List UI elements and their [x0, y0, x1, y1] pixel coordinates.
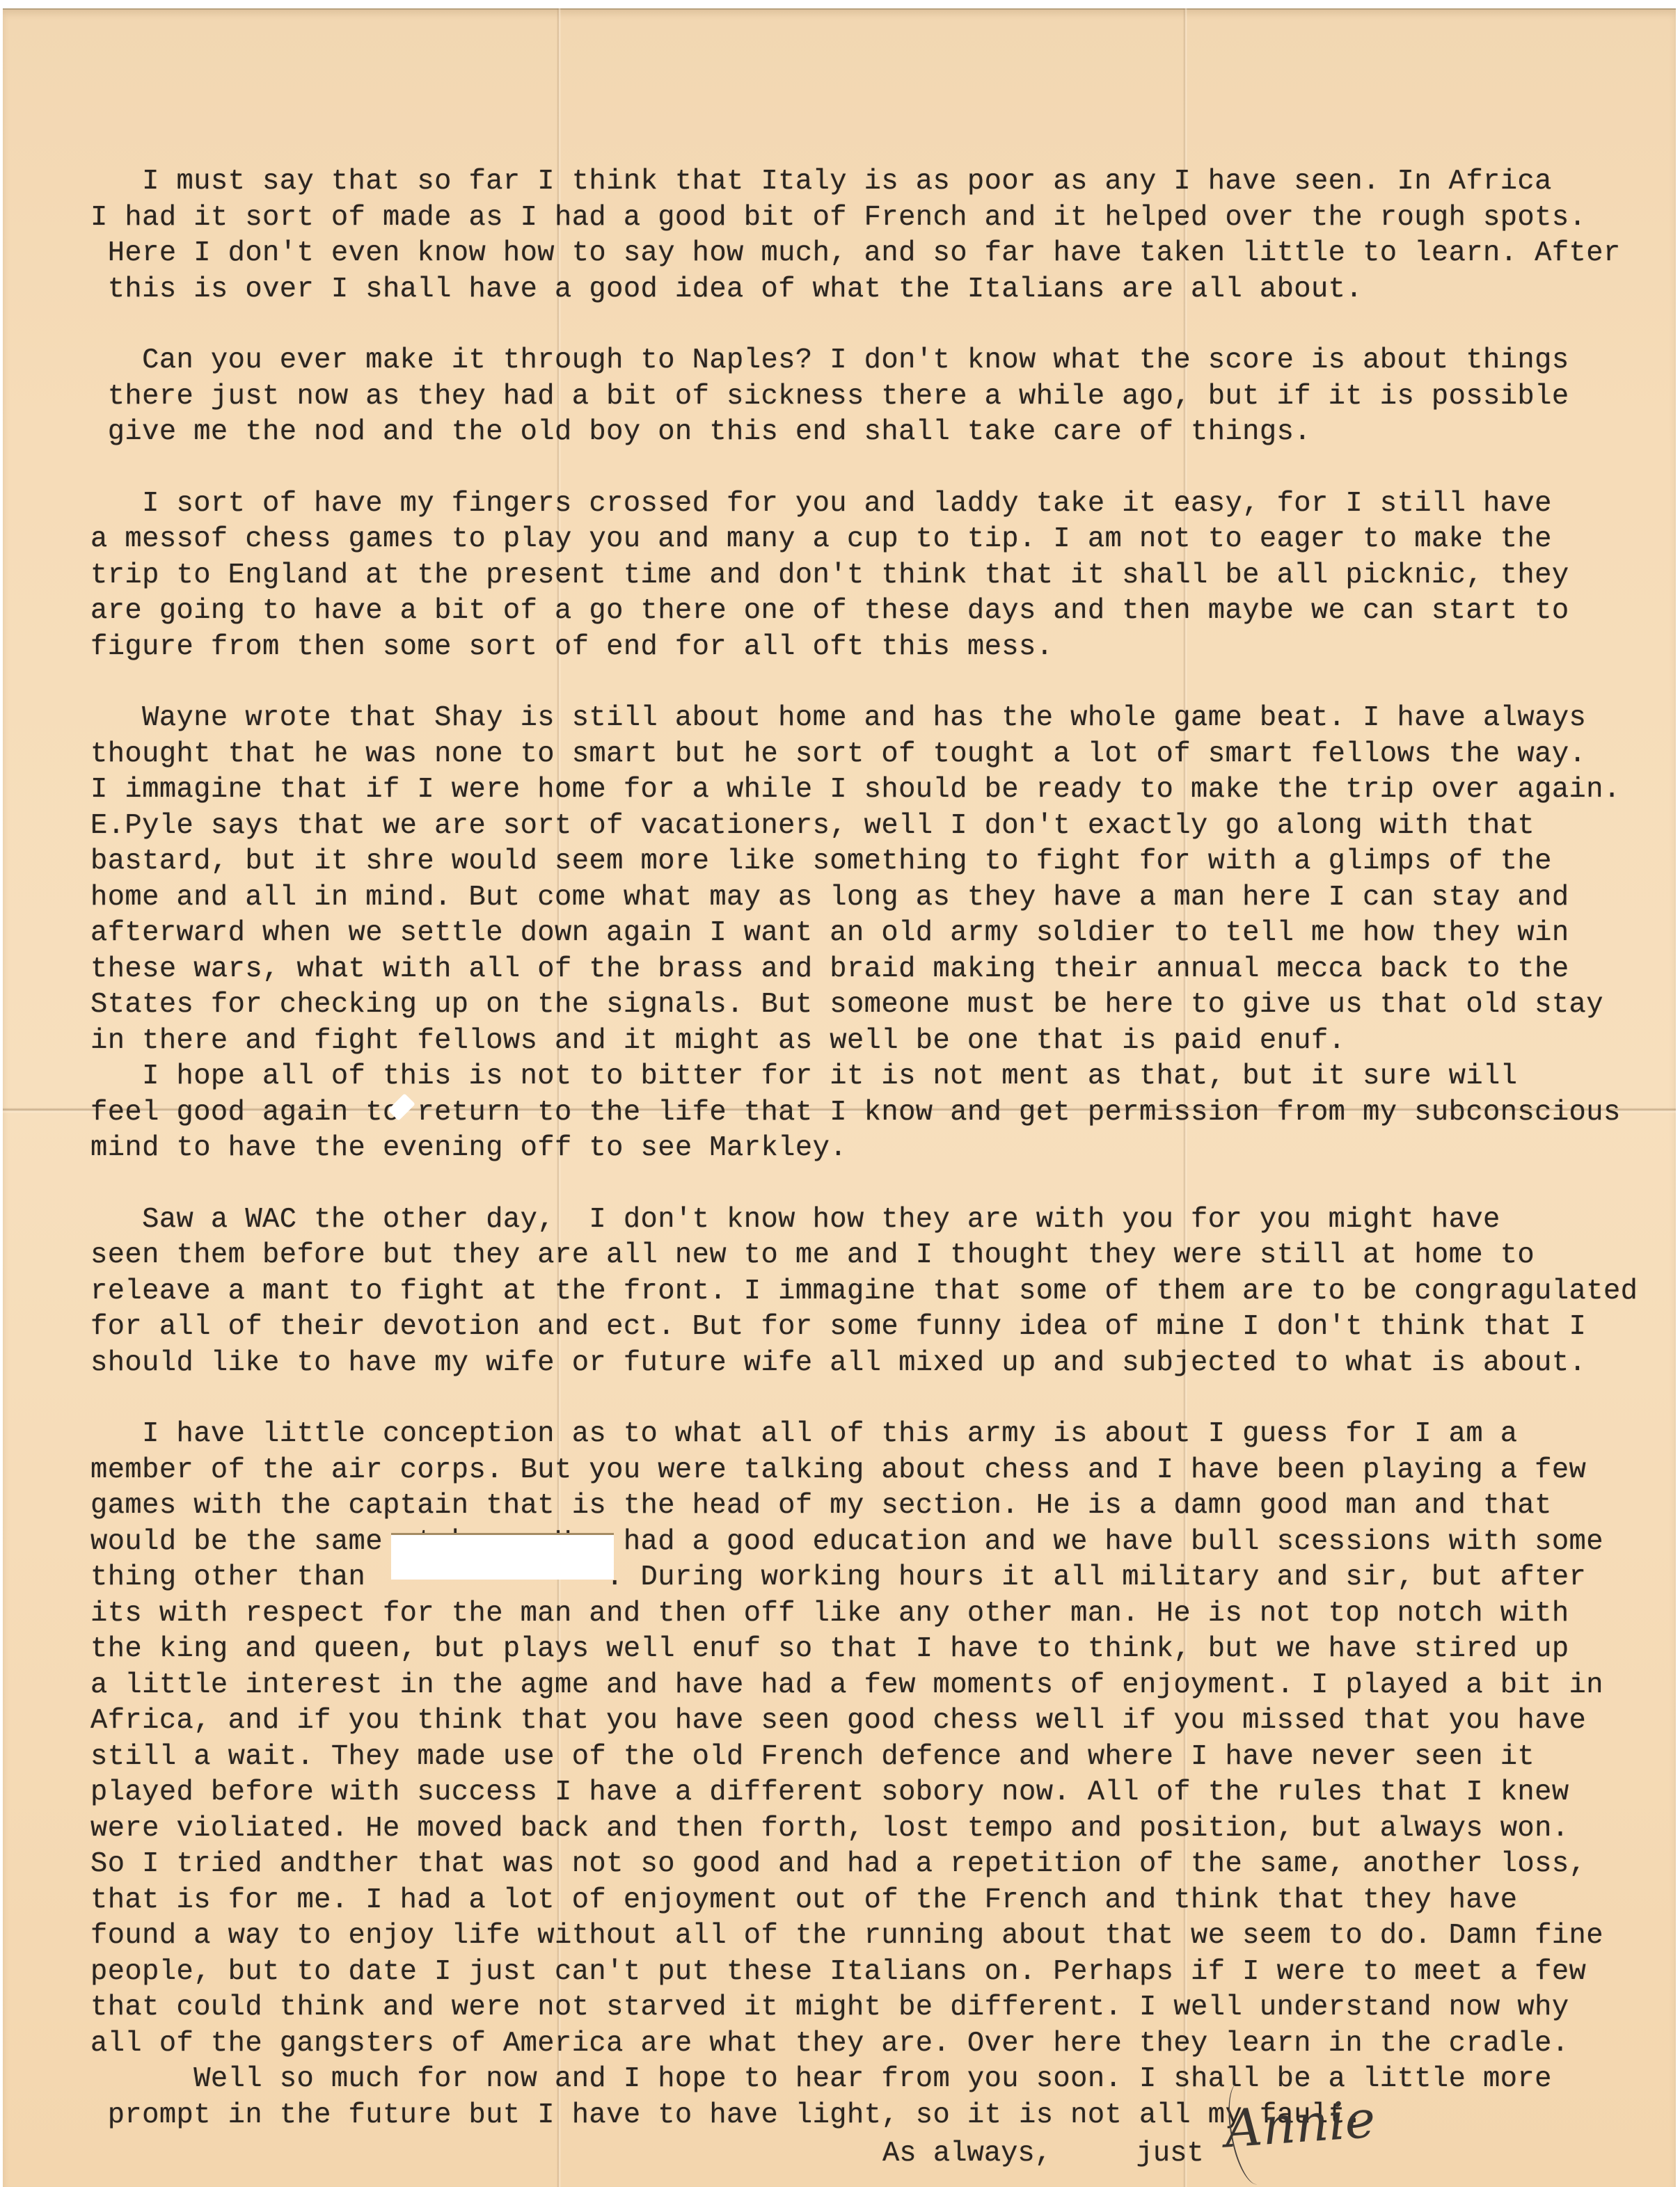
text-line: E.Pyle says that we are sort of vacation…	[90, 809, 1642, 845]
text-line: Here I don't even know how to say how mu…	[90, 236, 1642, 272]
text-line: thought that he was none to smart but he…	[90, 737, 1642, 773]
text-line: releave a mant to fight at the front. I …	[90, 1274, 1642, 1310]
signature: Annie	[1223, 2090, 1377, 2160]
text-line: this is over I shall have a good idea of…	[90, 272, 1642, 308]
text-line: I sort of have my fingers crossed for yo…	[90, 486, 1642, 523]
text-line: Can you ever make it through to Naples? …	[90, 343, 1642, 379]
text-line: the king and queen, but plays well enuf …	[90, 1632, 1642, 1668]
text-line: a little interest in the agme and have h…	[90, 1668, 1642, 1704]
text-line: Africa, and if you think that you have s…	[90, 1703, 1642, 1740]
redacted-patch	[391, 1533, 614, 1580]
paragraph-chess: I have little conception as to what all …	[90, 1417, 1642, 2133]
text-line: were violiated. He moved back and then f…	[90, 1811, 1642, 1847]
text-line: So I tried andther that was not so good …	[90, 1847, 1642, 1883]
text-line: still a wait. They made use of the old F…	[90, 1740, 1642, 1776]
text-line: these wars, what with all of the brass a…	[90, 952, 1642, 988]
text-line: I had it sort of made as I had a good bi…	[90, 200, 1642, 237]
text-line: prompt in the future but I have to have …	[90, 2098, 1642, 2134]
text-line: thing other than . During working hours …	[90, 1560, 1642, 1596]
paragraph-wac: Saw a WAC the other day, I don't know ho…	[90, 1202, 1642, 1382]
text-line: trip to England at the present time and …	[90, 558, 1642, 594]
text-line: member of the air corps. But you were ta…	[90, 1453, 1642, 1489]
paragraph-naples: Can you ever make it through to Naples? …	[90, 343, 1642, 451]
text-line: give me the nod and the old boy on this …	[90, 415, 1642, 451]
text-line: a messof chess games to play you and man…	[90, 522, 1642, 558]
text-line: should like to have my wife or future wi…	[90, 1346, 1642, 1382]
text-line: games with the captain that is the head …	[90, 1488, 1642, 1525]
text-line: feel good again to return to the life th…	[90, 1095, 1642, 1131]
text-line: would be the same at home. Has had a goo…	[90, 1525, 1642, 1561]
text-line: bastard, but it shre would seem more lik…	[90, 844, 1642, 880]
text-line: Saw a WAC the other day, I don't know ho…	[90, 1202, 1642, 1239]
text-line: all of the gangsters of America are what…	[90, 2026, 1642, 2062]
text-line: I immagine that if I were home for a whi…	[90, 772, 1642, 809]
text-line: States for checking up on the signals. B…	[90, 987, 1642, 1024]
text-line: figure from then some sort of end for al…	[90, 630, 1642, 666]
text-line: Wayne wrote that Shay is still about hom…	[90, 701, 1642, 737]
paragraph-fingers-crossed: I sort of have my fingers crossed for yo…	[90, 486, 1642, 666]
text-line: people, but to date I just can't put the…	[90, 1955, 1642, 1991]
text-line: there just now as they had a bit of sick…	[90, 379, 1642, 415]
text-line: found a way to enjoy life without all of…	[90, 1918, 1642, 1955]
closing-line: As always, just	[882, 2138, 1204, 2170]
text-line: afterward when we settle down again I wa…	[90, 916, 1642, 952]
text-line: home and all in mind. But come what may …	[90, 880, 1642, 916]
text-line: for all of their devotion and ect. But f…	[90, 1310, 1642, 1346]
text-line: Well so much for now and I hope to hear …	[90, 2062, 1642, 2098]
letter-body: I must say that so far I think that Ital…	[90, 164, 1642, 2133]
text-line: played before with success I have a diff…	[90, 1775, 1642, 1811]
text-line: are going to have a bit of a go there on…	[90, 594, 1642, 630]
text-line: I have little conception as to what all …	[90, 1417, 1642, 1453]
text-line: I hope all of this is not to bitter for …	[90, 1059, 1642, 1095]
paragraph-wayne: Wayne wrote that Shay is still about hom…	[90, 701, 1642, 1167]
text-line: seen them before but they are all new to…	[90, 1238, 1642, 1274]
text-line: mind to have the evening off to see Mark…	[90, 1131, 1642, 1167]
text-line: its with respect for the man and then of…	[90, 1596, 1642, 1632]
paragraph-italy: I must say that so far I think that Ital…	[90, 164, 1642, 308]
text-line: in there and fight fellows and it might …	[90, 1024, 1642, 1060]
text-line: that is for me. I had a lot of enjoyment…	[90, 1883, 1642, 1919]
text-line: I must say that so far I think that Ital…	[90, 164, 1642, 200]
text-line: that could think and were not starved it…	[90, 1990, 1642, 2026]
